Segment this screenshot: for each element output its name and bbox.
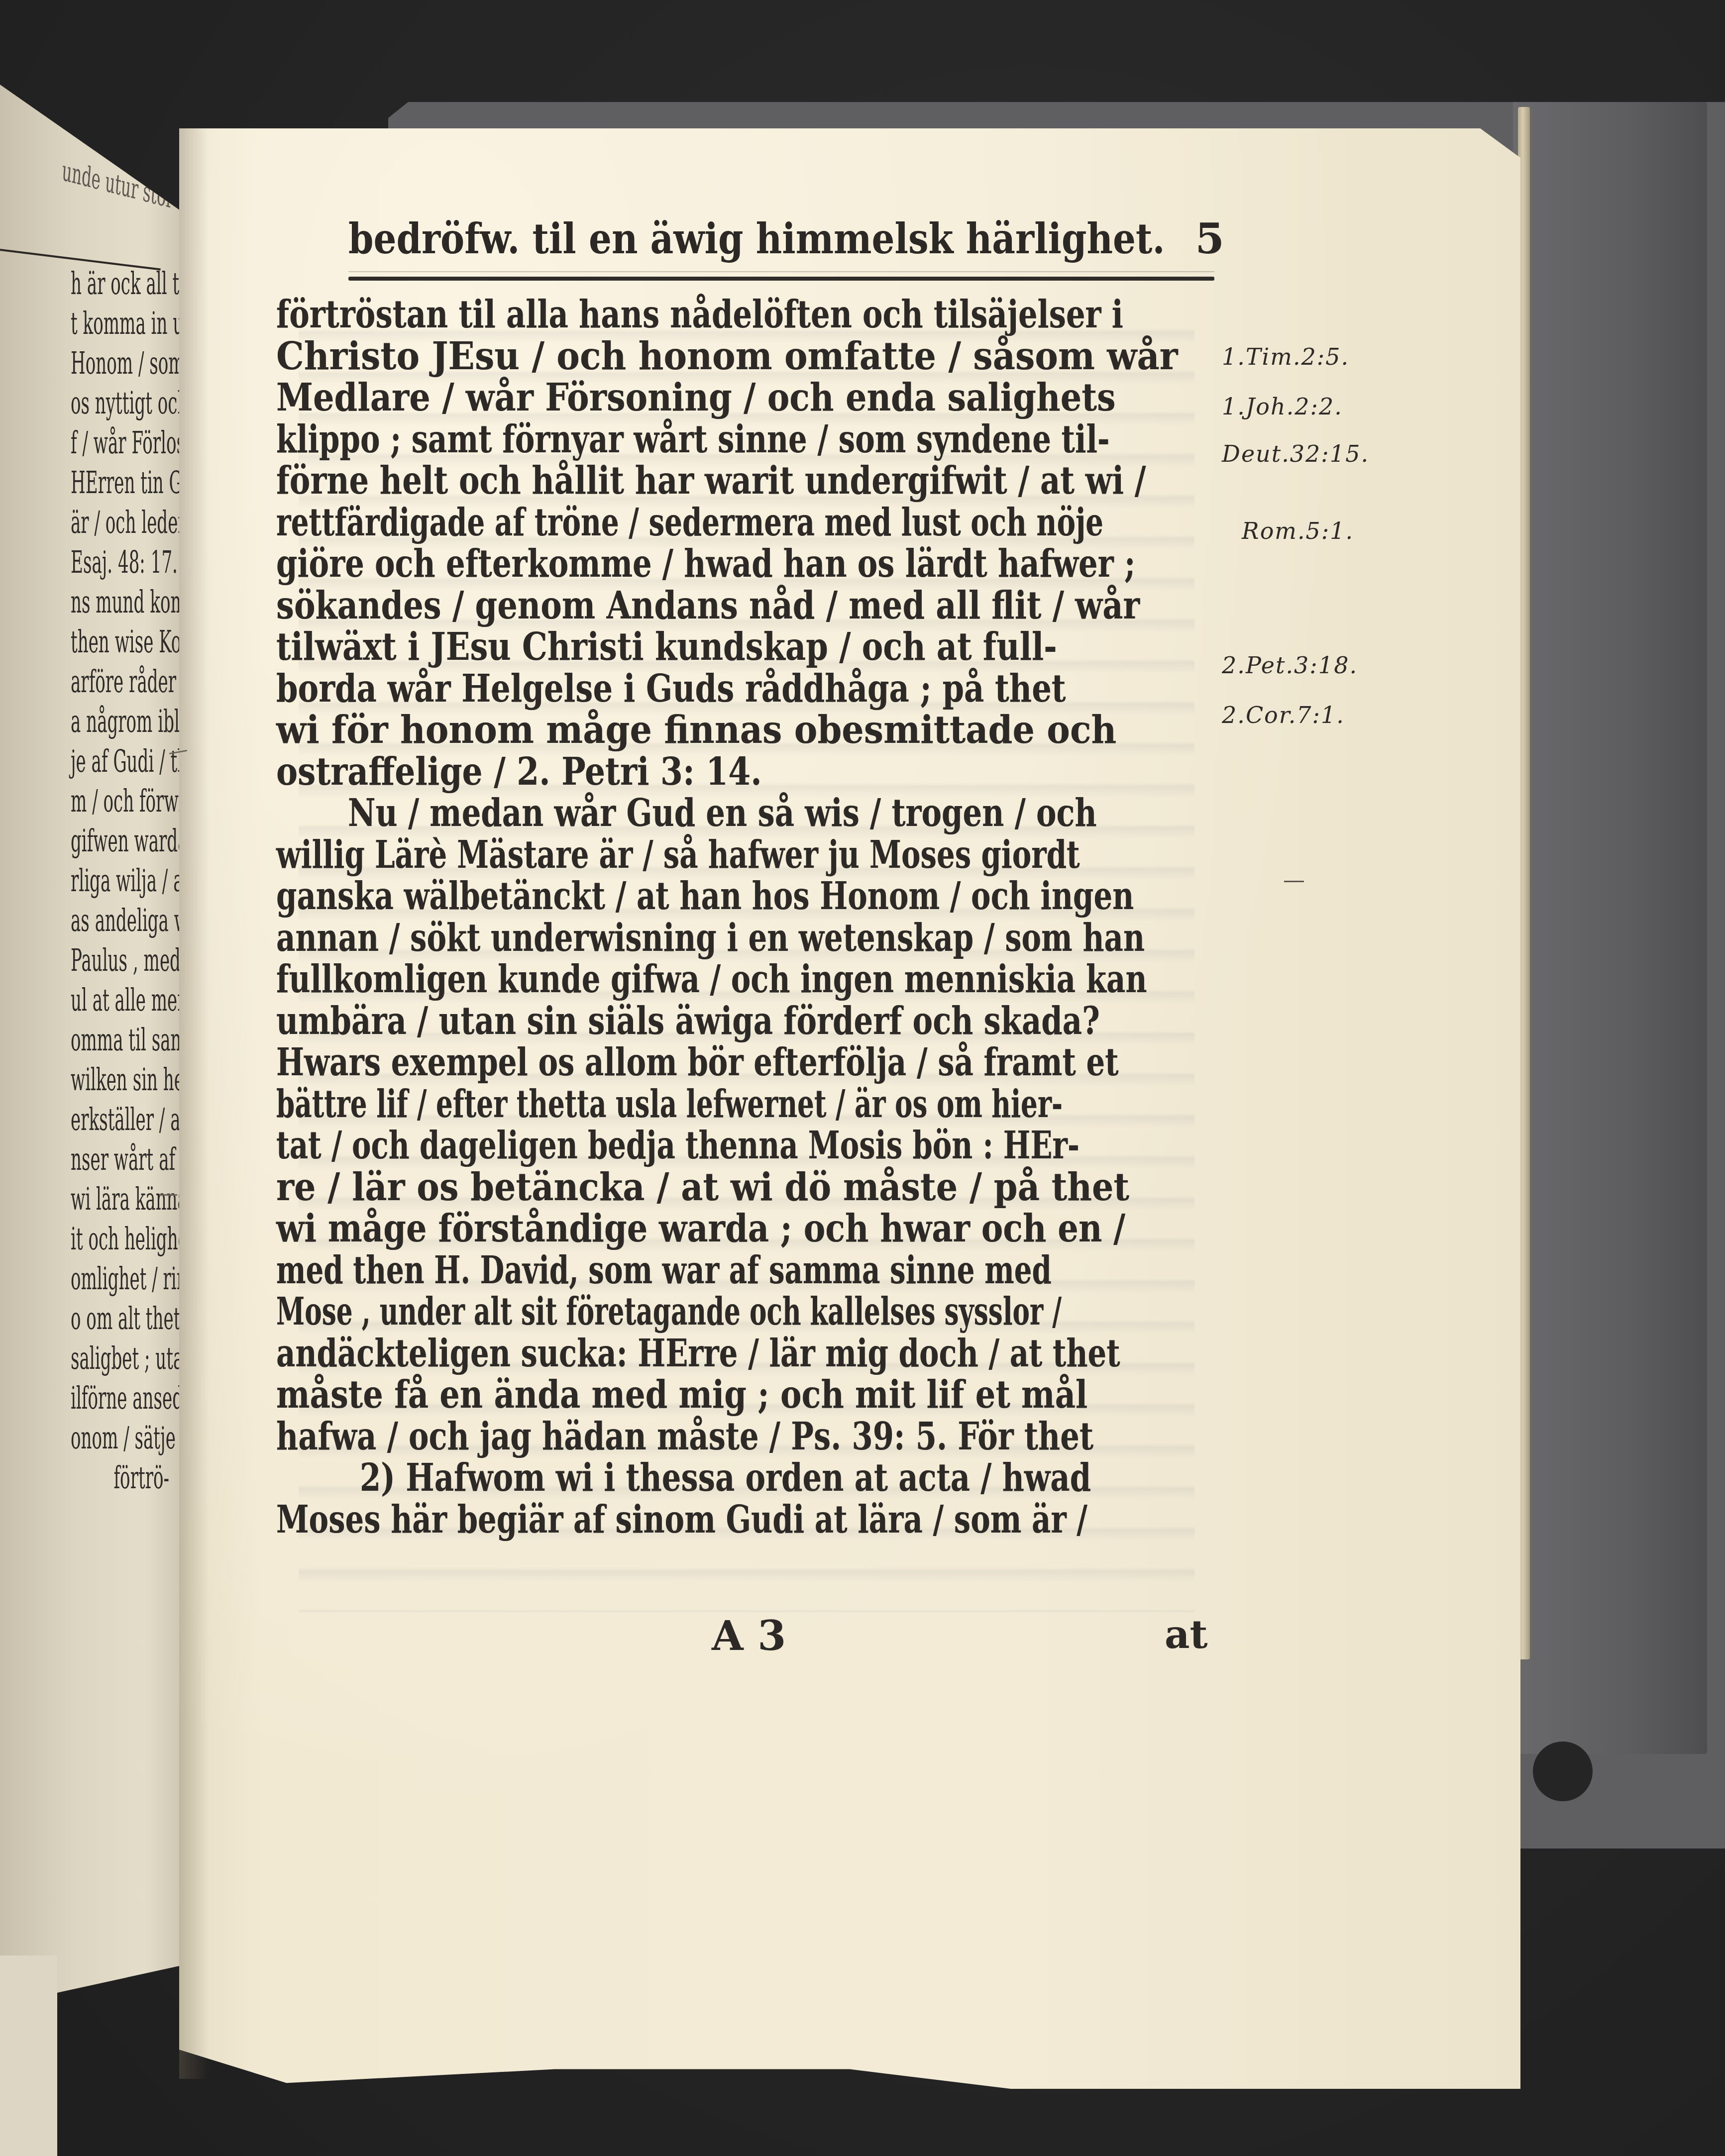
text-line: giöre och efterkomme / hwad han os lärdt… bbox=[276, 543, 1025, 585]
page-number: 5 bbox=[1195, 214, 1224, 263]
text-line-numbered-point: 2) Hafwom wi i thessa orden at acta / hw… bbox=[276, 1457, 1025, 1499]
left-line: os nyttigt och saligt bbox=[71, 383, 169, 423]
margin-note-rom: Rom.5:1. bbox=[1242, 517, 1354, 544]
running-title: bedröfw. til en äwig himmelsk härlighet. bbox=[348, 214, 1165, 263]
head-rule-ghost bbox=[348, 271, 1214, 272]
left-line: Esaj. 48: 17. Han bbox=[71, 542, 169, 582]
text-line: med then H. David, som war af samma sinn… bbox=[276, 1249, 969, 1291]
text-line: annan / sökt underwisning i en wetenskap… bbox=[276, 917, 1006, 959]
gutter-shadow bbox=[179, 128, 209, 2079]
left-line: ns mund kommer bbox=[71, 582, 169, 622]
left-line: wilken sin heliga bbox=[71, 1060, 169, 1100]
text-line: sökandes / genom Andans nåd / med all fl… bbox=[276, 585, 1062, 626]
left-line: as andeliga wälfärd bbox=[71, 901, 169, 940]
text-line: willig Lärè Mästare är / så hafwer ju Mo… bbox=[276, 834, 987, 876]
body-text: förtröstan til alla hans nådelöften och … bbox=[276, 294, 1212, 1540]
signature-mark: A 3 bbox=[712, 1612, 786, 1660]
left-line: a någrom ibland bbox=[71, 702, 169, 741]
left-line: it och helighet / och bbox=[71, 1219, 169, 1259]
text-line: tat / och dageligen bedja thenna Mosis b… bbox=[276, 1125, 987, 1166]
text-line: förne helt och hållit har warit undergif… bbox=[276, 460, 1044, 502]
text-line: Hwars exempel os allom bör efterfölja / … bbox=[276, 1041, 1006, 1083]
left-line: ul at alle menni- bbox=[71, 980, 169, 1020]
text-line: hafwa / och jag hädan måste / Ps. 39: 5.… bbox=[276, 1416, 1025, 1457]
text-line: klippo ; samt förnyar wårt sinne / som s… bbox=[276, 418, 1006, 460]
text-line: wi måge förståndige warda ; och hwar och… bbox=[276, 1208, 1081, 1249]
left-page: unde utur stor h är ock all ting godt. t… bbox=[0, 85, 182, 2070]
left-line: HErren tin Gud / bbox=[71, 463, 169, 503]
left-line: arföre råder ock then bbox=[71, 662, 169, 702]
left-line: wi lära känna Gud bbox=[71, 1179, 169, 1219]
left-line: onom / sätje troch bbox=[71, 1418, 169, 1458]
margin-note-1-joh: 1.Joh.2:2. bbox=[1222, 393, 1343, 420]
left-line: omlighet / ringhet och bbox=[71, 1259, 169, 1299]
text-line: wi för honom måge finnas obesmittade och bbox=[276, 709, 1137, 751]
text-line: andäckteligen sucka: HErre / lär mig doc… bbox=[276, 1333, 1006, 1374]
text-line: borda wår Helgelse i Guds råddhåga ; på … bbox=[276, 668, 1044, 710]
left-line: m / och förwiter bbox=[71, 781, 169, 821]
text-line: umbära / utan sin siäls äwiga förderf oc… bbox=[276, 1000, 1025, 1042]
margin-note-2-pet: 2.Pet.3:18. bbox=[1222, 652, 1358, 679]
left-line: ilförne ansedt Gud bbox=[71, 1378, 169, 1418]
text-line: Mose , under alt sit företagande och kal… bbox=[276, 1291, 912, 1333]
text-line: Medlare / wår Försoning / och enda salig… bbox=[276, 377, 1099, 418]
text-line: Christo JEsu / och honom omfatte / såsom… bbox=[276, 335, 1137, 377]
text-line: re / lär os betäncka / at wi dö måste / … bbox=[276, 1166, 1118, 1208]
margin-note-deut: Deut.32:15. bbox=[1222, 440, 1369, 467]
left-page-flap bbox=[0, 1955, 57, 2156]
left-line: o om alt thet / som bbox=[71, 1299, 169, 1338]
left-page-text: h är ock all ting godt. t komma in uti G… bbox=[71, 264, 169, 1498]
text-line: tilwäxt i JEsu Christi kundskap / och at… bbox=[276, 626, 1062, 668]
text-line: fullkomligen kunde gifwa / och ingen men… bbox=[276, 958, 1006, 1000]
margin-dash-mark bbox=[1284, 881, 1304, 882]
text-line: ostraffelige / 2. Petri 3: 14. bbox=[276, 751, 1072, 793]
text-line: förtröstan til alla hans nådelöften och … bbox=[276, 294, 1025, 335]
left-line: gifwen warda / af bbox=[71, 821, 169, 861]
text-line: Moses här begiär af sinom Gudi at lära /… bbox=[276, 1499, 1006, 1540]
text-line: måste få en ända med mig ; och mit lif e… bbox=[276, 1374, 1062, 1416]
left-line: then wise Konungen bbox=[71, 622, 169, 662]
paper-fiber-mark bbox=[159, 1194, 177, 1196]
text-line: ganska wälbetänckt / at han hos Honom / … bbox=[276, 875, 1006, 917]
left-line: rliga wilja / at lära bbox=[71, 861, 169, 901]
left-line: Honom / som både bbox=[71, 343, 169, 383]
left-line: erkställer / at Han / bbox=[71, 1100, 169, 1139]
catchword: at bbox=[1165, 1612, 1208, 1657]
text-line: rettfärdigade af tröne / sedermera med l… bbox=[276, 502, 969, 543]
left-line: t komma in uti Guds bbox=[71, 304, 169, 343]
left-line: je af Gudi / then bbox=[71, 741, 169, 781]
margin-note-1-tim: 1.Tim.2:5. bbox=[1222, 343, 1349, 370]
left-line: h är ock all ting godt. bbox=[71, 264, 169, 304]
head-rule bbox=[348, 277, 1214, 281]
left-line: Paulus , med stort bbox=[71, 940, 169, 980]
text-line-paragraph-start: Nu / medan wår Gud en så wis / trogen / … bbox=[276, 792, 1025, 834]
left-line: saligbet ; utan ock bbox=[71, 1338, 169, 1378]
board-right-edge bbox=[1513, 102, 1707, 1754]
left-line: f / wår Förlossare bbox=[71, 423, 169, 463]
left-line: nser wårt af natu- bbox=[71, 1139, 169, 1179]
left-line: omma til sannin- bbox=[71, 1020, 169, 1060]
margin-note-2-cor: 2.Cor.7:1. bbox=[1222, 702, 1345, 728]
left-line: är / och leder tig bbox=[71, 503, 169, 542]
text-line: bättre lif / efter thetta usla lefwernet… bbox=[276, 1083, 931, 1125]
cradle-knob bbox=[1533, 1742, 1593, 1801]
left-line: förtrö- bbox=[71, 1458, 169, 1498]
running-head: bedröfw. til en äwig himmelsk härlighet.… bbox=[348, 214, 1224, 269]
